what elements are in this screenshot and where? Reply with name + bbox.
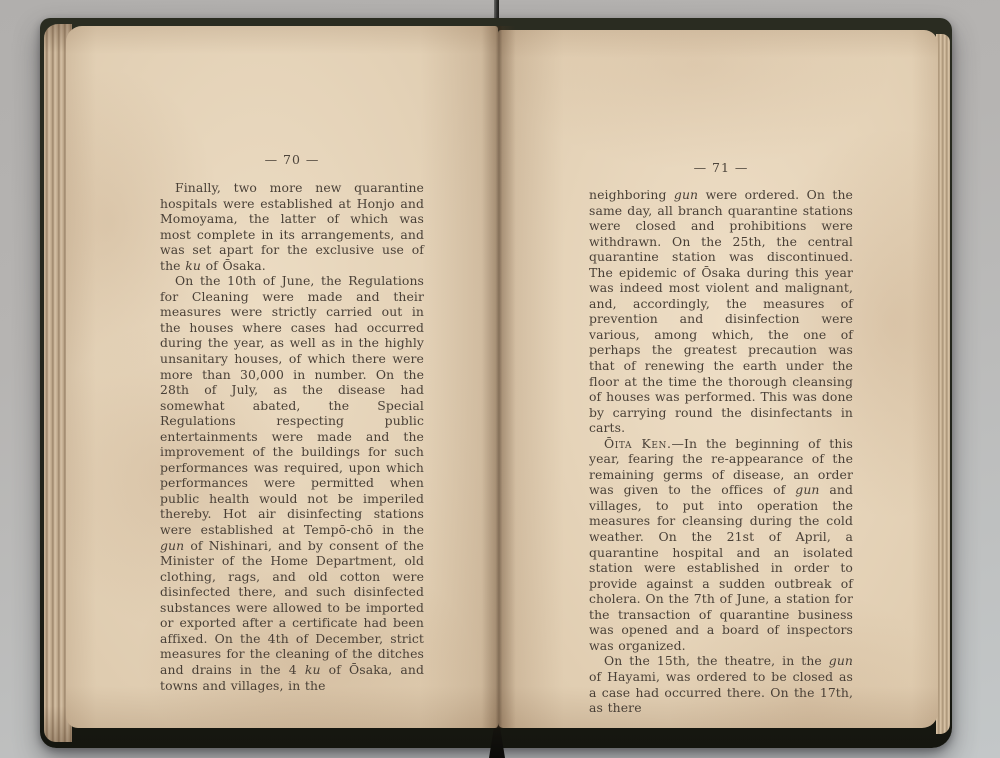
italic-term: gun [674, 187, 698, 202]
text-run: On the 10th of June, the Regulations for… [160, 273, 424, 537]
paragraph: Finally, two more new quarantine hospita… [160, 180, 424, 273]
paragraph: Ōita Ken.—In the beginning of this year,… [589, 436, 853, 654]
paragraph: On the 10th of June, the Regulations for… [160, 273, 424, 693]
left-page-text: Finally, two more new quarantine hospita… [160, 180, 424, 693]
italic-term: gun [829, 653, 853, 668]
italic-term: ku [305, 662, 321, 677]
text-run: neighboring [589, 187, 674, 202]
paragraph: neighboring gun were ordered. On the sam… [589, 187, 853, 436]
text-run: were ordered. On the same day, all branc… [589, 187, 853, 435]
page-number-left: — 70 — [160, 152, 424, 167]
smallcaps-heading: Ōita Ken. [604, 436, 672, 451]
text-run: of Hayami, was ordered to be closed as a… [589, 669, 853, 715]
book-photo: — 70 — Finally, two more new quarantine … [0, 0, 1000, 758]
text-run: of Nishinari, and by consent of the Mini… [160, 538, 424, 677]
paragraph: On the 15th, the theatre, in the gun of … [589, 653, 853, 715]
italic-term: gun [795, 482, 819, 497]
italic-term: ku [185, 258, 201, 273]
page-edge-stack-right [936, 34, 950, 734]
text-run: and villages, to put into operation the … [589, 482, 853, 652]
text-run: of Ōsaka. [201, 258, 266, 273]
italic-term: gun [160, 538, 184, 553]
page-number-right: — 71 — [589, 160, 853, 175]
text-run: On the 15th, the theatre, in the [604, 653, 829, 668]
right-page-text: neighboring gun were ordered. On the sam… [589, 187, 853, 716]
